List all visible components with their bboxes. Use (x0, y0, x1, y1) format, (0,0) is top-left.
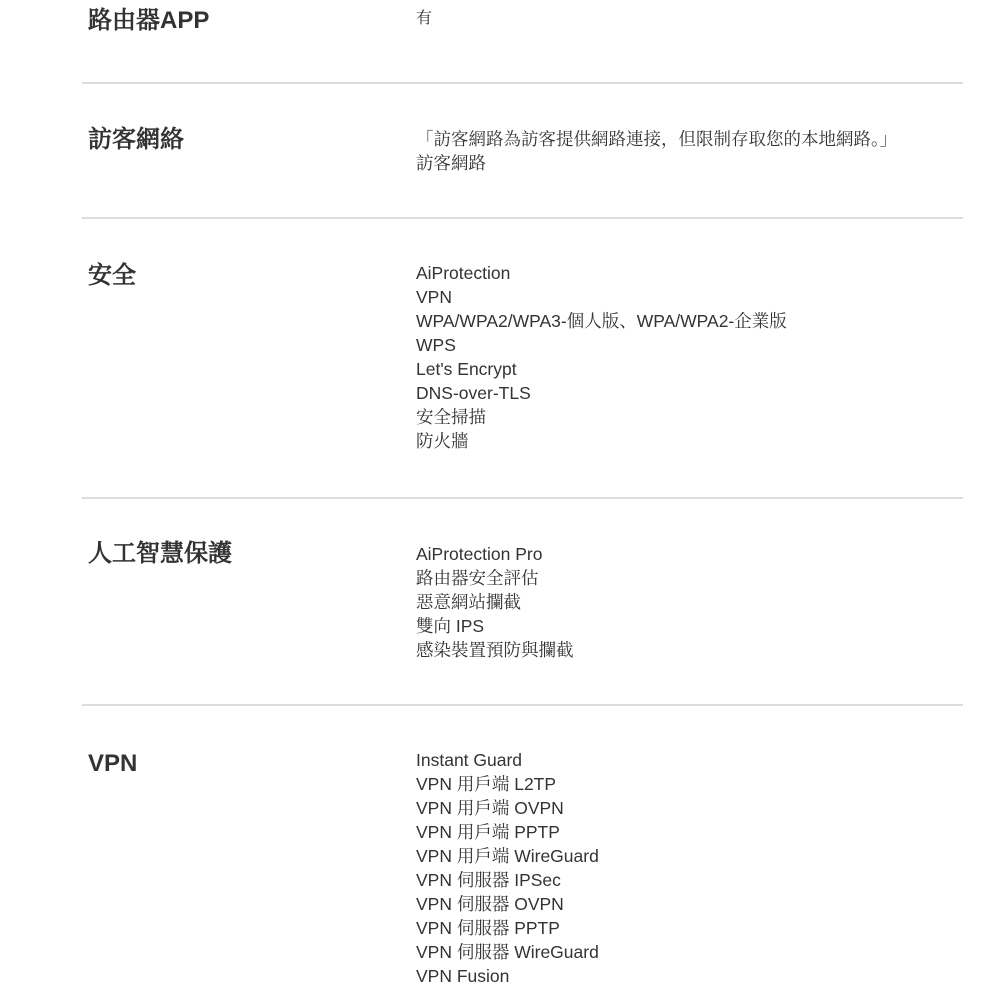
spec-value: Instant Guard (416, 748, 599, 772)
spec-value: 防火牆 (416, 429, 787, 453)
spec-label: 訪客網絡 (82, 125, 416, 155)
spec-value: 訪客網路 (416, 151, 897, 175)
spec-row-router-app: 路由器APP 有 (82, 0, 963, 82)
spec-value: WPA/WPA2/WPA3-個人版、WPA/WPA2-企業版 (416, 309, 787, 333)
spec-value: 路由器安全評估 (416, 566, 574, 590)
spec-values: Instant Guard VPN 用戶端 L2TP VPN 用戶端 OVPN … (416, 748, 599, 988)
spec-value: DNS-over-TLS (416, 381, 787, 405)
spec-value: 惡意網站攔截 (416, 590, 574, 614)
spec-label: 人工智慧保護 (82, 539, 416, 569)
spec-label: 路由器APP (82, 6, 416, 36)
spec-value: VPN (416, 285, 787, 309)
spec-value: VPN 用戶端 PPTP (416, 820, 599, 844)
spec-label: 安全 (82, 261, 416, 291)
spec-table: 路由器APP 有 訪客網絡 「訪客網路為訪客提供網路連接，但限制存取您的本地網路… (82, 0, 963, 1000)
spec-value: VPN 用戶端 WireGuard (416, 844, 599, 868)
spec-row-guest-network: 訪客網絡 「訪客網路為訪客提供網路連接，但限制存取您的本地網路。」 訪客網路 (82, 82, 963, 217)
spec-value: AiProtection (416, 261, 787, 285)
spec-value: 安全掃描 (416, 405, 787, 429)
spec-value: Let's Encrypt (416, 357, 787, 381)
spec-label: VPN (82, 749, 416, 779)
spec-row-vpn: VPN Instant Guard VPN 用戶端 L2TP VPN 用戶端 O… (82, 704, 963, 1000)
spec-value: VPN Fusion (416, 964, 599, 988)
spec-value: WPS (416, 333, 787, 357)
spec-value: VPN 伺服器 OVPN (416, 892, 599, 916)
spec-values: AiProtection VPN WPA/WPA2/WPA3-個人版、WPA/W… (416, 261, 787, 453)
spec-values: AiProtection Pro 路由器安全評估 惡意網站攔截 雙向 IPS 感… (416, 542, 574, 662)
spec-value: 雙向 IPS (416, 614, 574, 638)
spec-value: 感染裝置預防與攔截 (416, 638, 574, 662)
spec-values: 「訪客網路為訪客提供網路連接，但限制存取您的本地網路。」 訪客網路 (416, 127, 897, 175)
spec-value: 有 (416, 7, 432, 31)
spec-value: 「訪客網路為訪客提供網路連接，但限制存取您的本地網路。」 (416, 127, 897, 151)
spec-value: VPN 伺服器 WireGuard (416, 940, 599, 964)
spec-value: AiProtection Pro (416, 542, 574, 566)
spec-values: 有 (416, 7, 432, 31)
spec-value: VPN 伺服器 IPSec (416, 868, 599, 892)
spec-value: VPN 伺服器 PPTP (416, 916, 599, 940)
spec-value: VPN 用戶端 L2TP (416, 772, 599, 796)
spec-row-ai-protection: 人工智慧保護 AiProtection Pro 路由器安全評估 惡意網站攔截 雙… (82, 497, 963, 704)
spec-row-security: 安全 AiProtection VPN WPA/WPA2/WPA3-個人版、WP… (82, 217, 963, 497)
spec-value: VPN 用戶端 OVPN (416, 796, 599, 820)
